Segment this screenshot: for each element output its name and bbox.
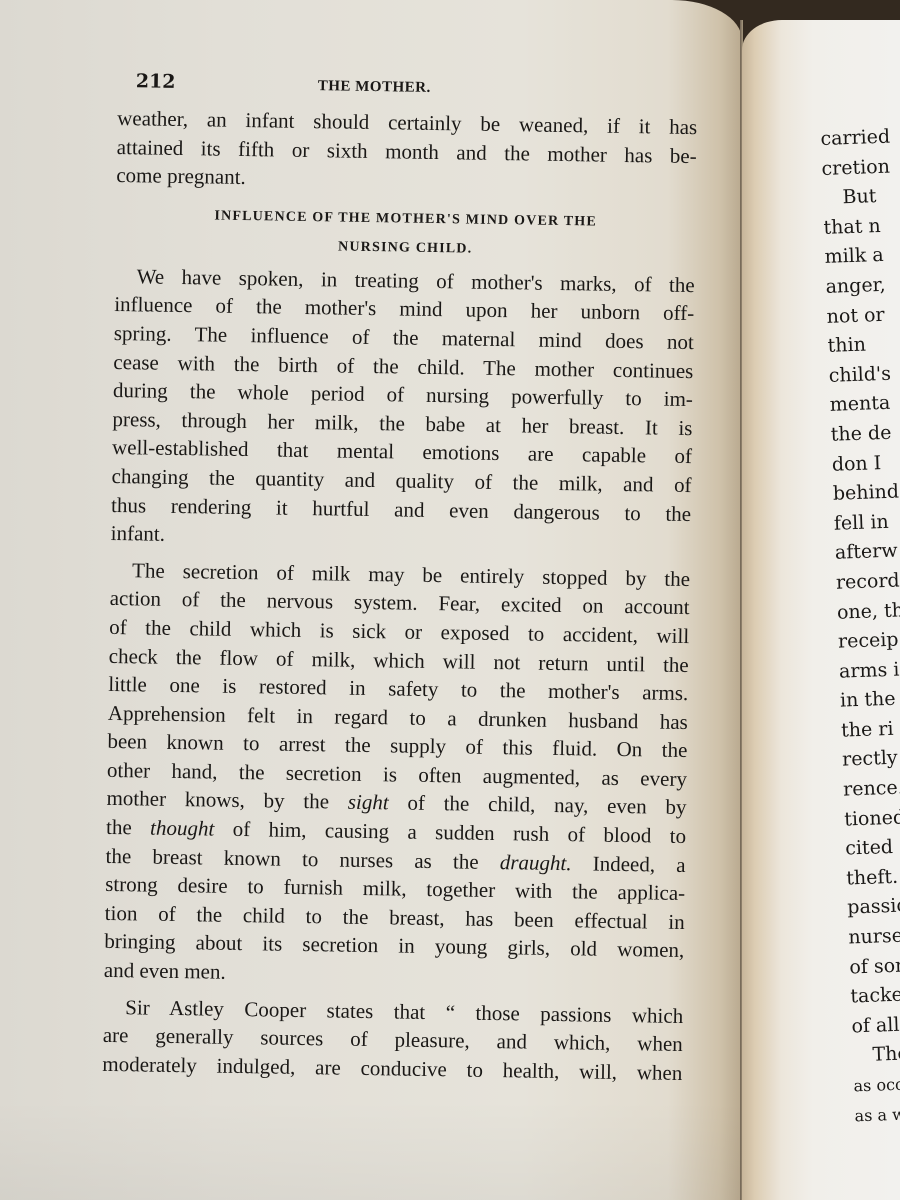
opening-paragraph: weather, an infant should certainly be w…	[116, 104, 697, 199]
text-span: of him, causing a sudden rush of blood t…	[214, 817, 686, 848]
text-fragment: rence.	[843, 773, 900, 805]
italic-word: sight	[348, 790, 389, 815]
text-fragment: that n	[823, 211, 894, 243]
text-fragment: of son	[849, 951, 900, 983]
section-heading: INFLUENCE OF THE MOTHER'S MIND OVER THE …	[115, 200, 696, 267]
text-span: of the child, nay, even by	[388, 791, 686, 820]
text-fragment: menta	[829, 389, 900, 421]
text-fragment: don I	[831, 448, 900, 480]
text-fragment: arms i	[839, 655, 900, 687]
paragraph-3: Sir Astley Cooper states that “ those pa…	[102, 993, 683, 1088]
text-fragment: tacked	[850, 980, 900, 1012]
text-fragment: thin	[827, 330, 898, 362]
text-fragment: cited	[845, 832, 900, 864]
italic-word: draught.	[500, 850, 572, 875]
text-fragment: theft.	[846, 862, 900, 894]
text-span: the breast known to nurses as the	[105, 844, 500, 874]
text-fragment: in the	[840, 685, 900, 717]
text-fragment: receip	[838, 625, 900, 657]
text-fragment: record	[835, 566, 900, 598]
text-span: the	[106, 815, 150, 840]
text-fragment: carried	[820, 123, 891, 155]
text-fragment: child's	[828, 359, 899, 391]
text-fragment: the ri	[841, 714, 900, 746]
text-fragment: one, th	[837, 596, 900, 628]
running-title: THE MOTHER.	[318, 78, 431, 97]
text-fragment: of all	[851, 1010, 900, 1042]
paragraph-2: The secretion of milk may be entirely st…	[104, 556, 691, 994]
right-book-page: carried cretion But that n milk a anger,…	[742, 20, 900, 1200]
text-fragment: The	[852, 1039, 900, 1071]
left-book-page: 212 THE MOTHER. weather, an infant shoul…	[0, 0, 742, 1200]
text-fragment: cretion	[821, 152, 892, 184]
text-fragment: milk a	[824, 241, 895, 273]
text-span: Indeed, a	[571, 851, 685, 877]
text-fragment: as a w	[854, 1099, 900, 1131]
page-shadow	[0, 1100, 742, 1200]
left-page-text-block: 212 THE MOTHER. weather, an infant shoul…	[102, 70, 698, 1095]
text-fragment: tioned	[844, 803, 900, 835]
text-fragment: But	[822, 182, 893, 214]
text-fragment: fell in	[833, 507, 900, 539]
text-fragment: as occu	[853, 1069, 900, 1101]
text-span: mother knows, by the	[106, 786, 348, 814]
text-fragment: passio	[847, 892, 900, 924]
page-number: 212	[118, 70, 318, 95]
text-fragment: not or	[826, 300, 897, 332]
text-fragment: the de	[830, 418, 900, 450]
italic-word: thought	[150, 816, 215, 841]
text-fragment: anger,	[825, 270, 896, 302]
right-page-text-block: carried cretion But that n milk a anger,…	[820, 123, 900, 1131]
text-fragment: afterw	[834, 537, 900, 569]
text-fragment: rectly	[842, 744, 900, 776]
text-fragment: nursed	[848, 921, 900, 953]
text-fragment: behind	[832, 477, 900, 509]
paragraph-1: We have spoken, in treating of mother's …	[110, 262, 694, 557]
